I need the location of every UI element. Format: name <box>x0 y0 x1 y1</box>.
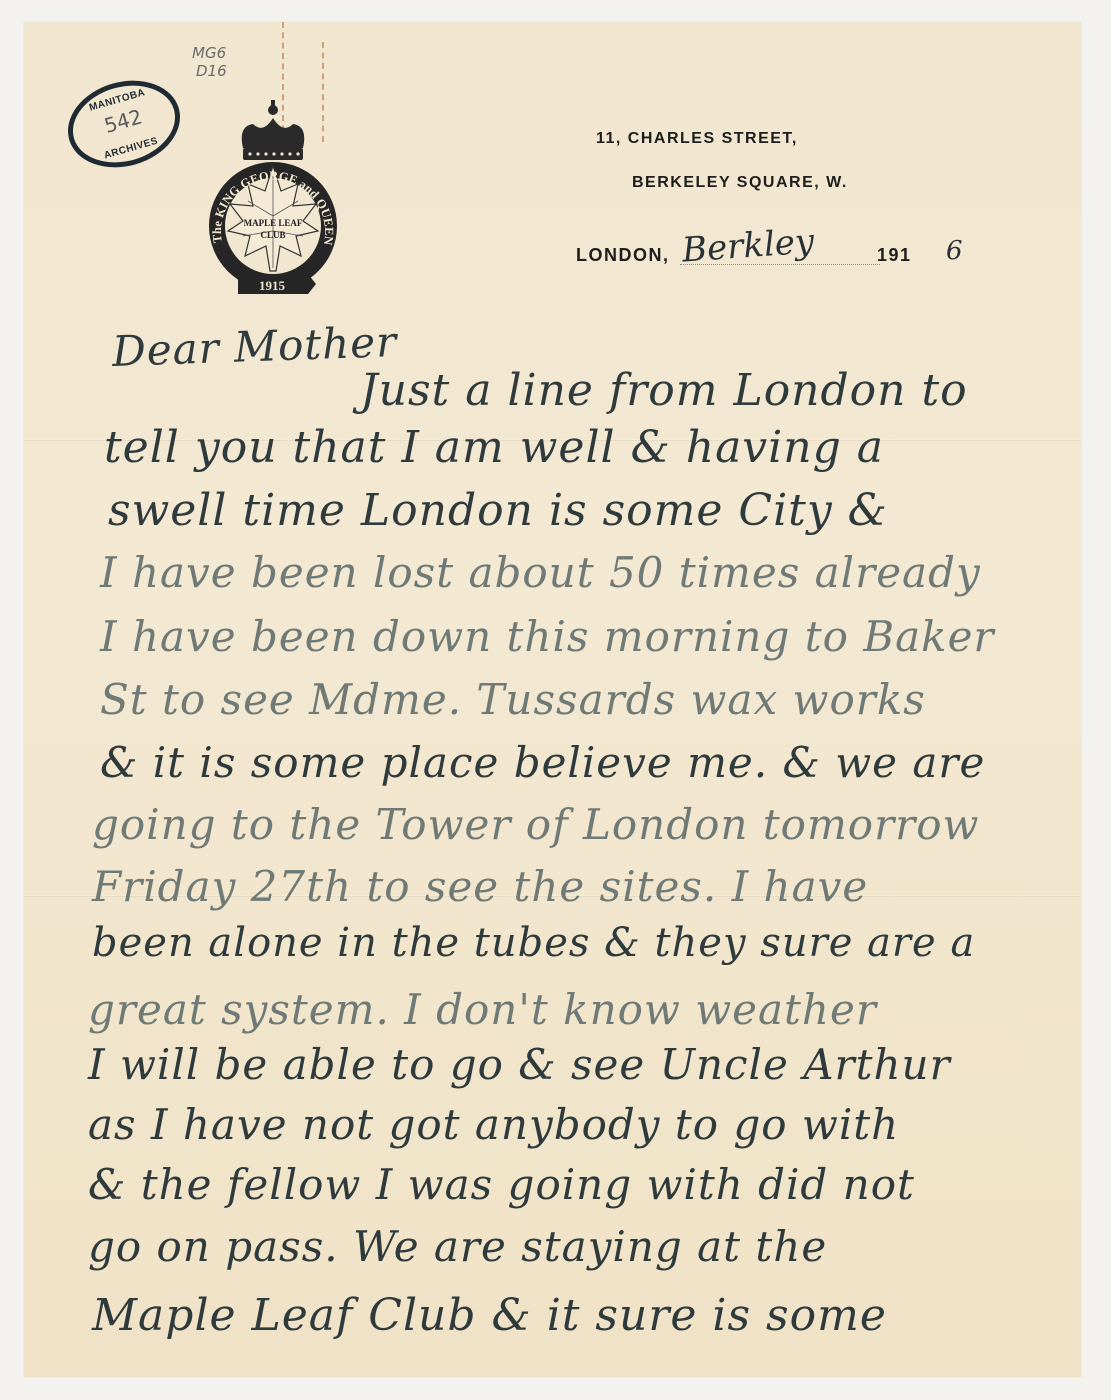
letter-line: Maple Leaf Club & it sure is some <box>92 1290 887 1341</box>
letter-line: Friday 27th to see the sites. I have <box>92 862 868 911</box>
call-number: MG6 D16 <box>192 44 227 80</box>
letter-line: go on pass. We are staying at the <box>88 1222 827 1271</box>
svg-text:1915: 1915 <box>259 278 286 293</box>
svg-text:MAPLE LEAF: MAPLE LEAF <box>244 218 303 228</box>
call-number-line: D16 <box>192 62 227 80</box>
letter-line: great system. I don't know weather <box>88 985 877 1034</box>
letter-line: I have been down this morning to Baker <box>100 612 995 661</box>
handwritten-year-digit: 6 <box>946 236 963 266</box>
call-number-line: MG6 <box>192 44 227 62</box>
letter-line: I will be able to go & see Uncle Arthur <box>88 1040 951 1089</box>
letter-line: tell you that I am well & having a <box>104 422 884 473</box>
letter-line: I have been lost about 50 times already <box>100 548 981 597</box>
letter-line: swell time London is some City & <box>108 485 888 536</box>
letterhead-address-line1: 11, CHARLES STREET, <box>596 130 798 148</box>
letter-line: & the fellow I was going with did not <box>88 1160 915 1209</box>
letter-line: St to see Mdme. Tussards wax works <box>100 675 926 724</box>
letter-salutation: Dear Mother <box>111 317 398 376</box>
maple-leaf-club-emblem-icon: The KING GEORGE and QUEEN MARY MAPLE LEA… <box>198 96 348 306</box>
letterhead-city: LONDON, <box>576 245 670 266</box>
letter-line: & it is some place believe me. & we are <box>100 738 985 787</box>
letter-line: as I have not got anybody to go with <box>88 1100 899 1149</box>
date-dotted-line <box>680 264 880 265</box>
printed-year: 191 <box>877 245 912 266</box>
letterhead-address-line2: BERKELEY SQUARE, W. <box>632 174 848 192</box>
letter-line: Just a line from London to <box>360 365 968 416</box>
letter-line: going to the Tower of London tomorrow <box>92 800 979 849</box>
letter-line: been alone in the tubes & they sure are … <box>92 920 975 966</box>
svg-text:CLUB: CLUB <box>260 230 285 240</box>
